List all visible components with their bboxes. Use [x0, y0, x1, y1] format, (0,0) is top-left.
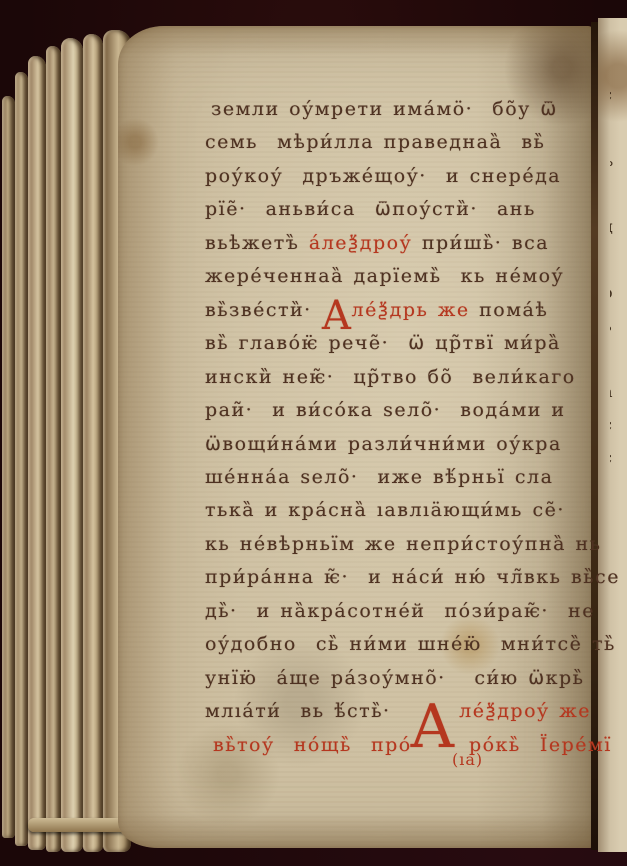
page-edge: [61, 38, 83, 852]
facing-text-fragment-glyph: а: [610, 381, 613, 403]
facing-text-fragment-glyph: о: [610, 282, 613, 304]
facing-text-fragment: ъ: [610, 150, 627, 172]
facing-text-fragment: д: [610, 216, 627, 238]
manuscript-photo: єъдоьасє земли оу́мрети има́мӧ· бо̃у ѿсе…: [0, 0, 627, 866]
facing-text-fragment: є: [610, 447, 627, 469]
page-edge: [2, 96, 15, 838]
facing-text-fragment: а: [610, 381, 627, 403]
page-edge: [46, 46, 61, 852]
page-edge: [28, 56, 46, 850]
manuscript-page: [118, 26, 594, 848]
facing-text-fragment-glyph: є: [610, 84, 612, 106]
facing-text-fragment-glyph: ь: [610, 315, 612, 337]
facing-text-fragment: с: [610, 414, 627, 436]
facing-text-fragment-glyph: с: [610, 414, 612, 436]
facing-text-fragment: є: [610, 84, 627, 106]
page-edge: [15, 72, 28, 846]
facing-text-fragment-glyph: ъ: [610, 150, 613, 172]
facing-text-fragment: о: [610, 282, 627, 304]
facing-text-fragment-glyph: є: [610, 447, 612, 469]
page-edge: [83, 34, 103, 852]
facing-text-fragment: ь: [610, 315, 627, 337]
book-gutter: [591, 22, 598, 850]
facing-text-fragment-glyph: д: [610, 216, 613, 238]
catchword: (ıа): [452, 748, 483, 772]
